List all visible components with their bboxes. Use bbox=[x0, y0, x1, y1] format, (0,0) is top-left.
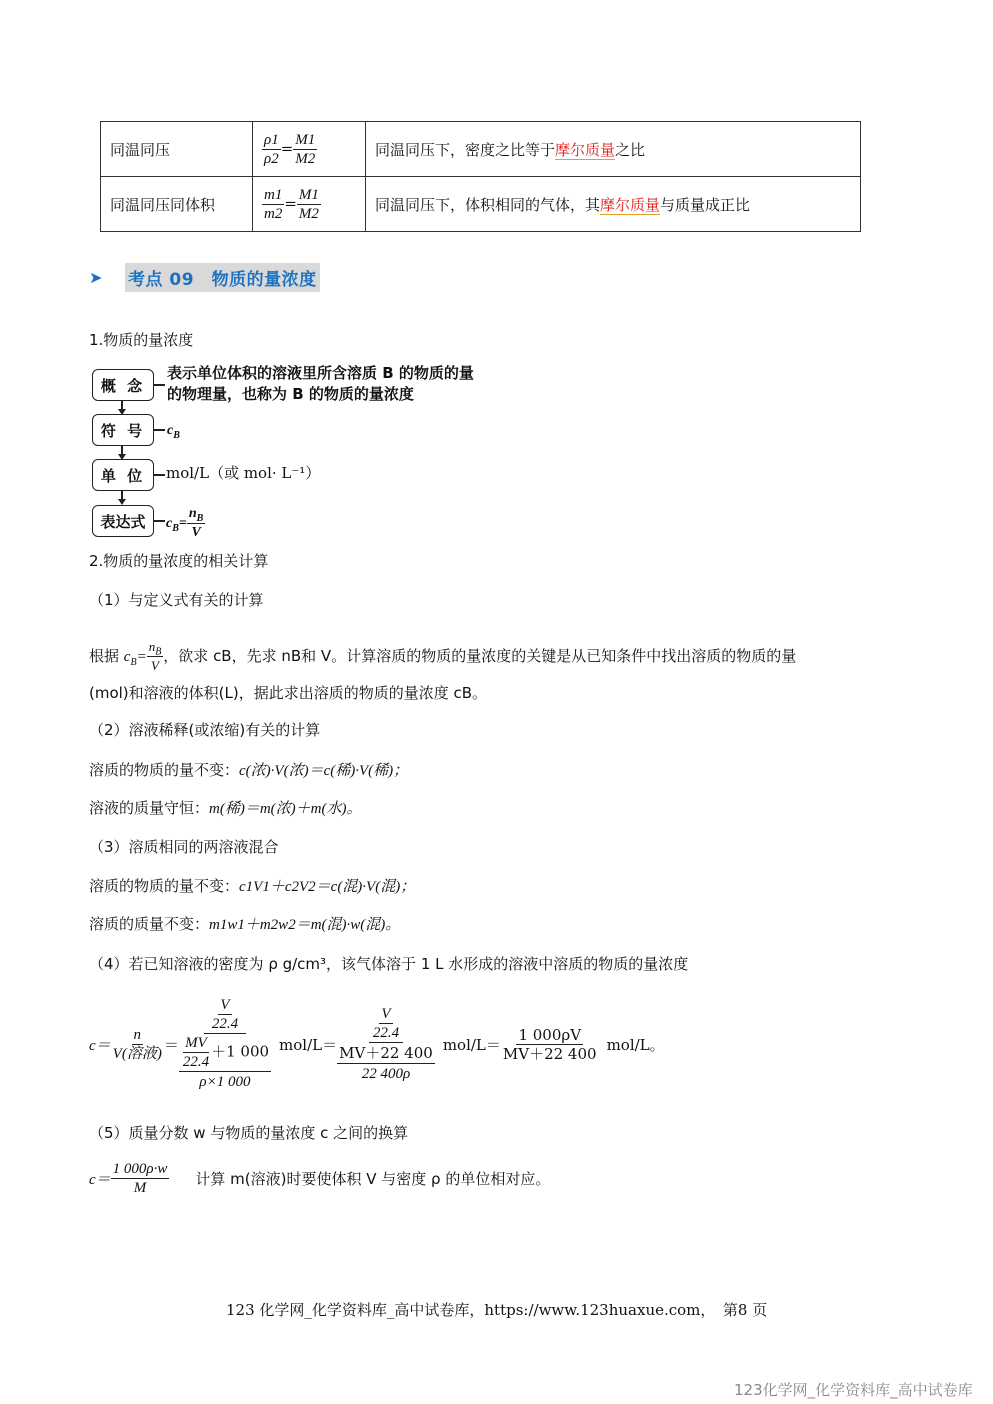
s2-line1: 溶质的物质的量不变：c(浓)·V(浓)＝c(稀)·V(稀)； bbox=[89, 760, 408, 781]
s3-line1: 溶质的物质的量不变：c1V1＋c2V2＝c(混)·V(混)； bbox=[89, 876, 415, 897]
flow-desc-symbol: cB bbox=[167, 420, 180, 441]
flow-box-unit: 单 位 bbox=[92, 459, 154, 491]
table-row: 同温同压 ρ1ρ2=M1M2 同温同压下，密度之比等于摩尔质量之比 bbox=[101, 122, 861, 177]
down-arrow-icon bbox=[121, 446, 123, 458]
flow-desc-unit: mol/L（或 mol· L⁻¹） bbox=[166, 463, 320, 483]
connector-line bbox=[153, 429, 165, 431]
connector-line bbox=[153, 384, 165, 386]
subsection-4-title: （4）若已知溶液的密度为 ρ g/cm³，该气体溶于 1 L 水形成的溶液中溶质… bbox=[89, 954, 688, 974]
arrow-bullet-icon: ➤ bbox=[89, 268, 125, 287]
flow-desc-concept: 表示单位体积的溶液里所含溶质 B 的物质的量 的物理量，也称为 B 的物质的量浓… bbox=[167, 363, 474, 405]
section-title: 考点 09 物质的量浓度 bbox=[125, 263, 320, 292]
s1-line1: 根据 cB=nBV，欲求 cB，先求 nB和 V。计算溶质的物质的量浓度的关键是… bbox=[89, 638, 796, 675]
subsection-2-title: （2）溶液稀释(或浓缩)有关的计算 bbox=[89, 720, 320, 740]
flow-box-symbol: 符 号 bbox=[92, 414, 154, 446]
formula-cell: ρ1ρ2=M1M2 bbox=[253, 122, 366, 177]
page-footer: 123 化学网_化学资料库_高中试卷库，https://www.123huaxu… bbox=[226, 1300, 767, 1320]
s5-note: 计算 m(溶液)时要使体积 V 与密度 ρ 的单位相对应。 bbox=[195, 1168, 550, 1189]
highlight-term: 摩尔质量 bbox=[555, 141, 615, 160]
condition-cell: 同温同压 bbox=[101, 122, 253, 177]
connector-line bbox=[153, 474, 165, 476]
s2-line2: 溶液的质量守恒：m(稀)＝m(浓)＋m(水)。 bbox=[89, 798, 362, 819]
formula-cell: m1m2=M1M2 bbox=[253, 177, 366, 232]
comparison-table: 同温同压 ρ1ρ2=M1M2 同温同压下，密度之比等于摩尔质量之比 同温同压同体… bbox=[100, 121, 861, 232]
part2-title: 2.物质的量浓度的相关计算 bbox=[89, 551, 268, 571]
description-cell: 同温同压下，密度之比等于摩尔质量之比 bbox=[366, 122, 861, 177]
mass-fraction-formula: c＝ 1 000ρ·wM 计算 m(溶液)时要使体积 V 与密度 ρ 的单位相对… bbox=[89, 1160, 550, 1197]
subsection-3-title: （3）溶质相同的两溶液混合 bbox=[89, 837, 279, 857]
section-heading: ➤ 考点 09 物质的量浓度 bbox=[89, 263, 320, 292]
highlight-term: 摩尔质量 bbox=[600, 196, 660, 215]
down-arrow-icon bbox=[121, 491, 123, 503]
description-cell: 同温同压下，体积相同的气体，其摩尔质量与质量成正比 bbox=[366, 177, 861, 232]
connector-line bbox=[153, 520, 165, 522]
s3-line2: 溶质的质量不变：m1w1＋m2w2＝m(混)·w(混)。 bbox=[89, 914, 400, 935]
subsection-1-title: （1）与定义式有关的计算 bbox=[89, 590, 264, 610]
flow-box-expression: 表达式 bbox=[92, 505, 154, 537]
s1-line2: (mol)和溶液的体积(L)，据此求出溶质的物质的量浓度 cB。 bbox=[89, 683, 487, 703]
flow-desc-expression: cB=nBV bbox=[166, 505, 205, 542]
part1-title: 1.物质的量浓度 bbox=[89, 330, 193, 350]
subsection-5-title: （5）质量分数 w 与物质的量浓度 c 之间的换算 bbox=[89, 1123, 408, 1143]
down-arrow-icon bbox=[121, 401, 123, 413]
table-row: 同温同压同体积 m1m2=M1M2 同温同压下，体积相同的气体，其摩尔质量与质量… bbox=[101, 177, 861, 232]
watermark: 123化学网_化学资料库_高中试卷库 bbox=[734, 1379, 973, 1400]
density-concentration-formula: c＝ nV(溶液) ＝ V22.4 MV22.4＋1 000 ρ×1 000 m… bbox=[89, 996, 665, 1092]
condition-cell: 同温同压同体积 bbox=[101, 177, 253, 232]
flow-box-concept: 概 念 bbox=[92, 369, 154, 401]
